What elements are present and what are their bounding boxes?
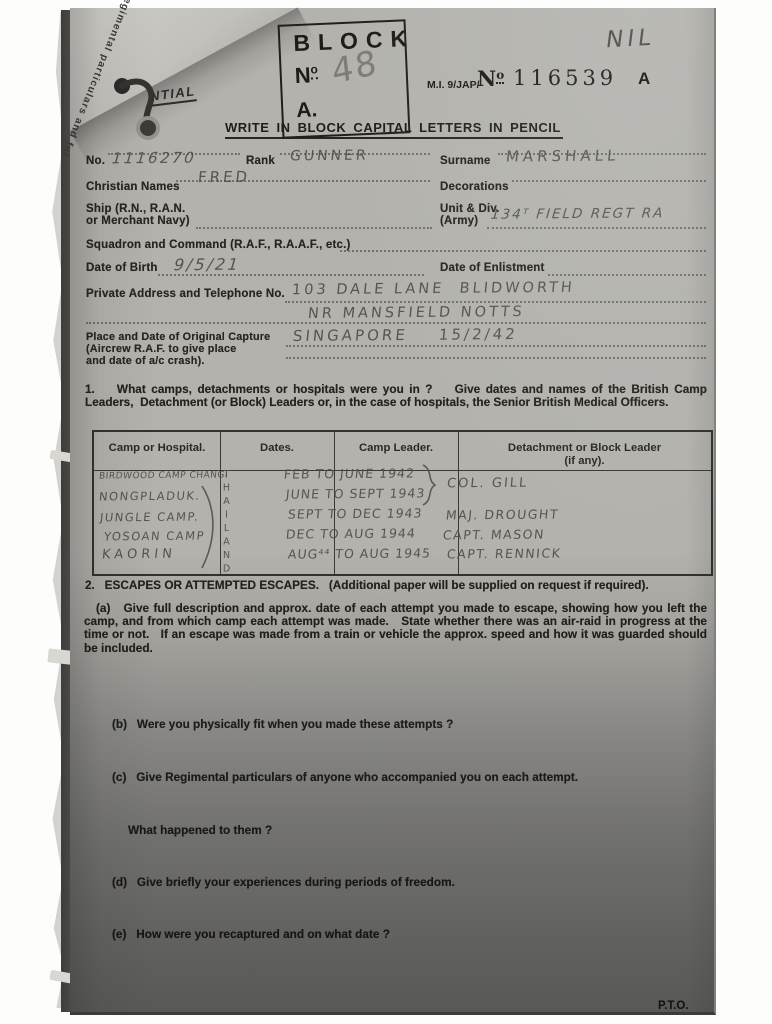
file-reference-prefix: M.I. 9/JAP/ [427,79,480,91]
file-number-value: 116539 [513,66,617,90]
scanned-document-photo: egimental particulars and ful NTIAL BLOC… [0,0,772,1024]
table-header-detachment: Detachment or Block Leader (if any). [458,432,711,468]
dotted-line [285,301,706,303]
table-header-dates: Dates. [220,432,334,455]
handwritten-leader-1: COL. GILL [446,476,529,492]
block-stamp-no-label: No [294,62,318,89]
handwritten-unit: 134ᵀ FIELD REGT RA [490,205,665,223]
handwritten-region-thailand: THAILAND [221,469,232,577]
handwritten-camp-3: JUNGLE CAMP. [99,510,200,525]
dotted-line [196,227,432,229]
table-header-camp: Camp or Hospital. [94,432,220,455]
handwritten-address-line2: NR MANSFIELD NOTTS [307,304,525,322]
handwritten-camp-1: BIRDWOOD CAMP CHANGI [98,470,228,481]
handwritten-address-line1: 103 DALE LANE BLIDWORTH [291,280,575,298]
file-series-letter: A [638,69,650,89]
handwritten-leader-3: CAPT. MASON [442,527,545,543]
dotted-line [487,227,706,229]
field-squadron-label: Squadron and Command (R.A.F., R.A.A.F., … [86,239,351,251]
dotted-line [512,180,706,182]
field-surname-label: Surname [440,155,491,167]
field-capture-label-line2: (Aircrew R.A.F. to give place [86,343,236,355]
section-2-item-e: (e) How were you recaptured and on what … [112,927,390,941]
field-dob-label: Date of Birth [86,262,158,274]
field-rank-label: Rank [246,155,275,167]
field-enlistment-label: Date of Enlistment [440,262,545,274]
field-christian-names-label: Christian Names [86,181,180,193]
table-header-leader: Camp Leader. [334,432,458,455]
section-2-heading: 2. ESCAPES OR ATTEMPTED ESCAPES. (Additi… [85,578,649,592]
dotted-line [286,345,706,347]
handwritten-dates-5: AUG⁴⁴ TO AUG 1945 [287,545,432,561]
handwritten-capture: SINGAPORE 15/2/42 [292,325,519,345]
handwritten-camp-4: YOSOAN CAMP [103,529,205,544]
handwritten-leader-4: CAPT. RENNICK [446,546,562,562]
field-decorations-label: Decorations [440,181,509,193]
dotted-line [158,274,424,276]
pto-footer: P.T.O. [658,1000,688,1012]
handwritten-camp-2: NONGPLADUK. [98,489,201,504]
handwritten-dates-3: SEPT TO DEC 1943 [287,505,423,521]
handwritten-nil-annotation: NIL [604,25,656,54]
field-ship-label-line1: Ship (R.N., R.A.N. [86,203,185,215]
handwritten-dates-2: JUNE TO SEPT 1943 [285,485,426,501]
block-stamp-series: A. [296,98,318,123]
section-2-item-b: (b) Were you physically fit when you mad… [112,717,453,731]
handwritten-christian-names: FRED [197,168,251,186]
handwritten-rank: GUNNER [289,148,369,165]
handwritten-brace [200,486,222,570]
handwritten-leader-2: MAJ. DROUGHT [445,507,560,523]
handwritten-bracket [421,464,441,508]
question-1: 1. What camps, detachments or hospitals … [85,383,707,409]
field-address-label: Private Address and Telephone No. [86,288,285,300]
handwritten-camp-5: KAORIN [101,547,176,563]
handwritten-dates-4: DEC TO AUG 1944 [285,525,416,541]
handwritten-date-of-birth: 9/5/21 [173,255,241,275]
handwritten-block-number: 48 [330,42,381,92]
file-number-label: No [477,66,504,91]
dotted-line [548,274,706,276]
section-2-item-c-followup: What happened to them ? [128,823,272,837]
block-number-stamp: BLOCK No 48 A. [278,19,411,138]
field-capture-label-line3: and date of a/c crash). [86,355,205,367]
section-2-item-c: (c) Give Regimental particulars of anyon… [112,770,578,784]
field-unit-label-line2: (Army) [440,215,478,227]
section-2-item-a: (a) Give full description and approx. da… [84,602,707,655]
handwritten-surname: MARSHALL [505,147,620,166]
string-tag-icon [100,66,190,166]
section-2-item-d: (d) Give briefly your experiences during… [112,875,455,889]
dotted-line [286,357,706,359]
field-ship-label-line2: or Merchant Navy) [86,215,190,227]
dotted-line [86,322,706,324]
handwritten-dates-1: FEB TO JUNE 1942 [283,465,416,481]
field-capture-label-line1: Place and Date of Original Capture [86,331,270,343]
dotted-line [340,250,706,252]
